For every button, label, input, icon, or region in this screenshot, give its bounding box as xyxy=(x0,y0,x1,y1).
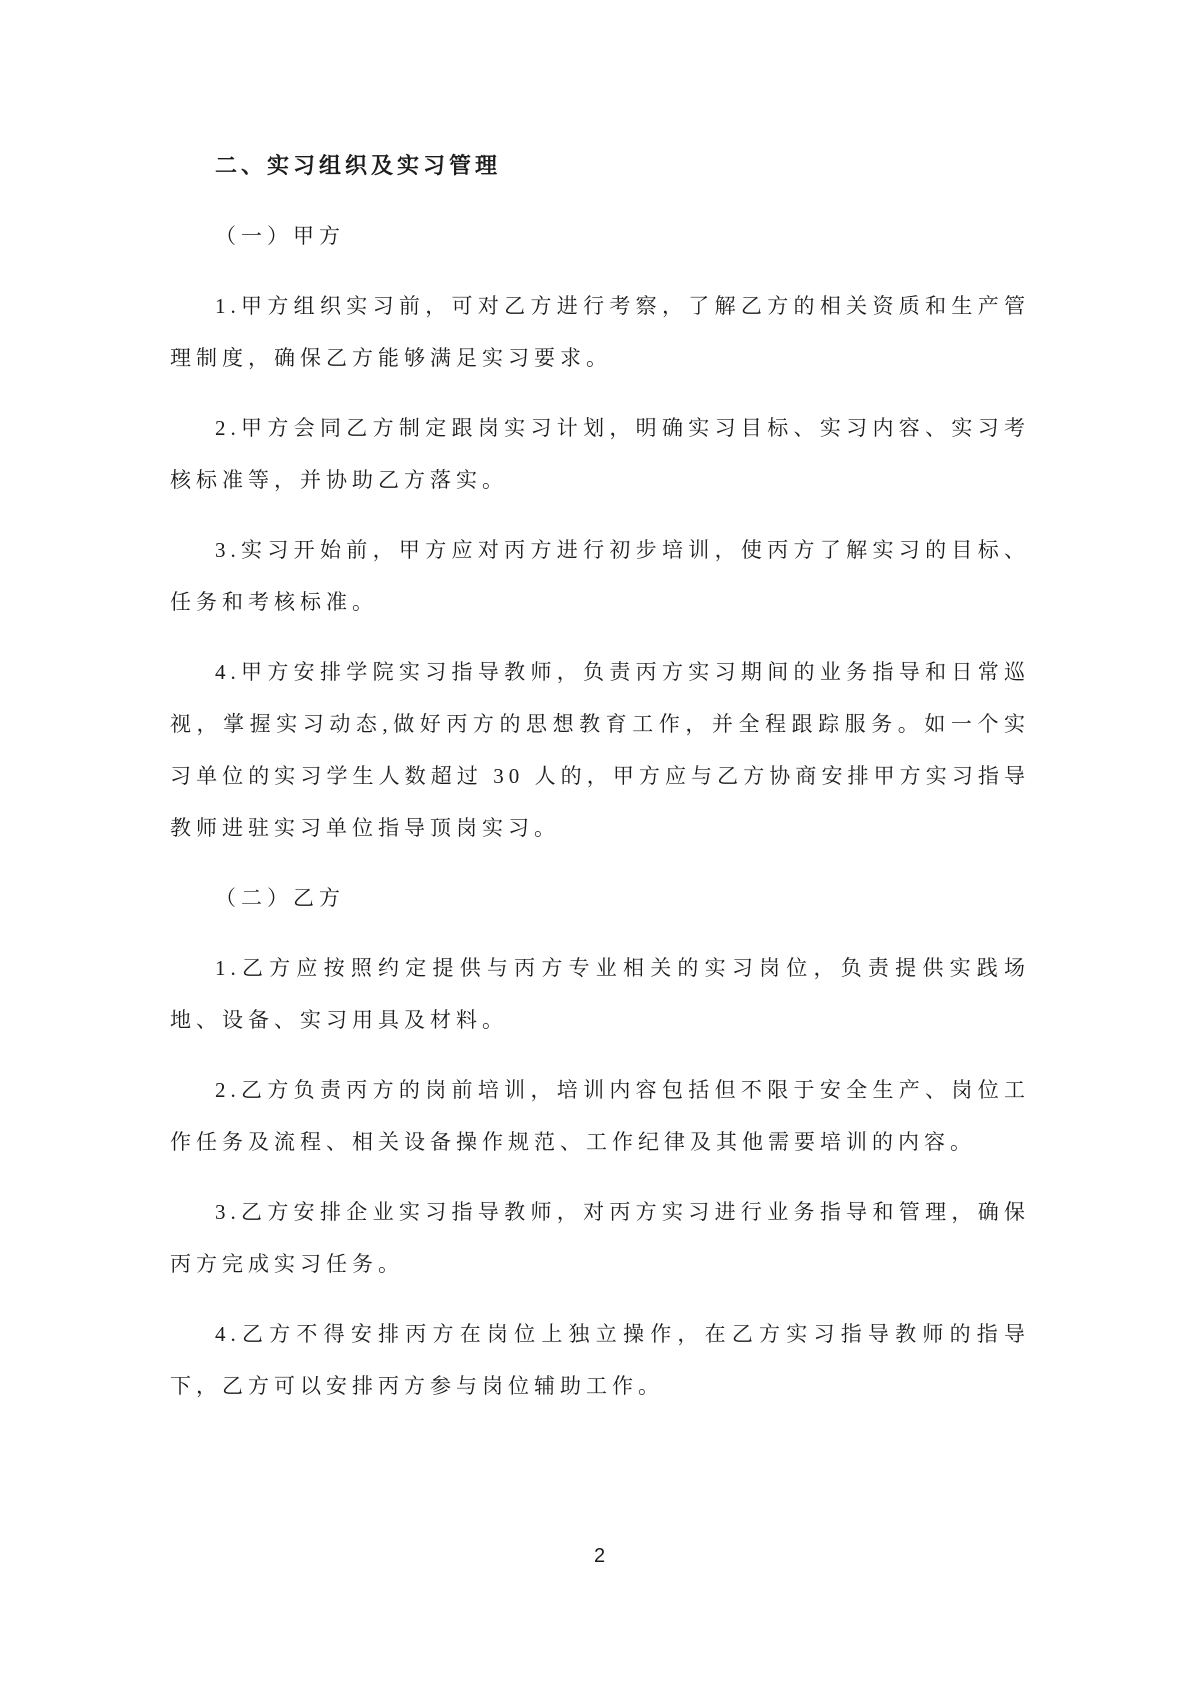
clause-party-a-4: 4.甲方安排学院实习指导教师，负责丙方实习期间的业务指导和日常巡视，掌握实习动态… xyxy=(170,646,1030,854)
clause-party-b-1: 1.乙方应按照约定提供与丙方专业相关的实习岗位，负责提供实践场地、设备、实习用具… xyxy=(170,942,1030,1046)
clause-party-b-4: 4.乙方不得安排丙方在岗位上独立操作，在乙方实习指导教师的指导下，乙方可以安排丙… xyxy=(170,1308,1030,1412)
clause-party-a-1: 1.甲方组织实习前，可对乙方进行考察，了解乙方的相关资质和生产管理制度，确保乙方… xyxy=(170,280,1030,384)
clause-party-a-3: 3.实习开始前，甲方应对丙方进行初步培训，使丙方了解实习的目标、任务和考核标准。 xyxy=(170,524,1030,628)
subsection-heading-party-b: （二）乙方 xyxy=(170,872,1030,924)
subsection-heading-party-a: （一）甲方 xyxy=(170,210,1030,262)
page-number: 2 xyxy=(0,1545,1199,1568)
clause-party-b-3: 3.乙方安排企业实习指导教师，对丙方实习进行业务指导和管理，确保丙方完成实习任务… xyxy=(170,1186,1030,1290)
document-page: 二、实习组织及实习管理 （一）甲方 1.甲方组织实习前，可对乙方进行考察，了解乙… xyxy=(0,0,1199,1696)
clause-party-a-2: 2.甲方会同乙方制定跟岗实习计划，明确实习目标、实习内容、实习考核标准等，并协助… xyxy=(170,402,1030,506)
document-body: 二、实习组织及实习管理 （一）甲方 1.甲方组织实习前，可对乙方进行考察，了解乙… xyxy=(170,140,1030,1412)
clause-party-b-2: 2.乙方负责丙方的岗前培训，培训内容包括但不限于安全生产、岗位工作任务及流程、相… xyxy=(170,1064,1030,1168)
section-heading: 二、实习组织及实习管理 xyxy=(170,140,1030,192)
